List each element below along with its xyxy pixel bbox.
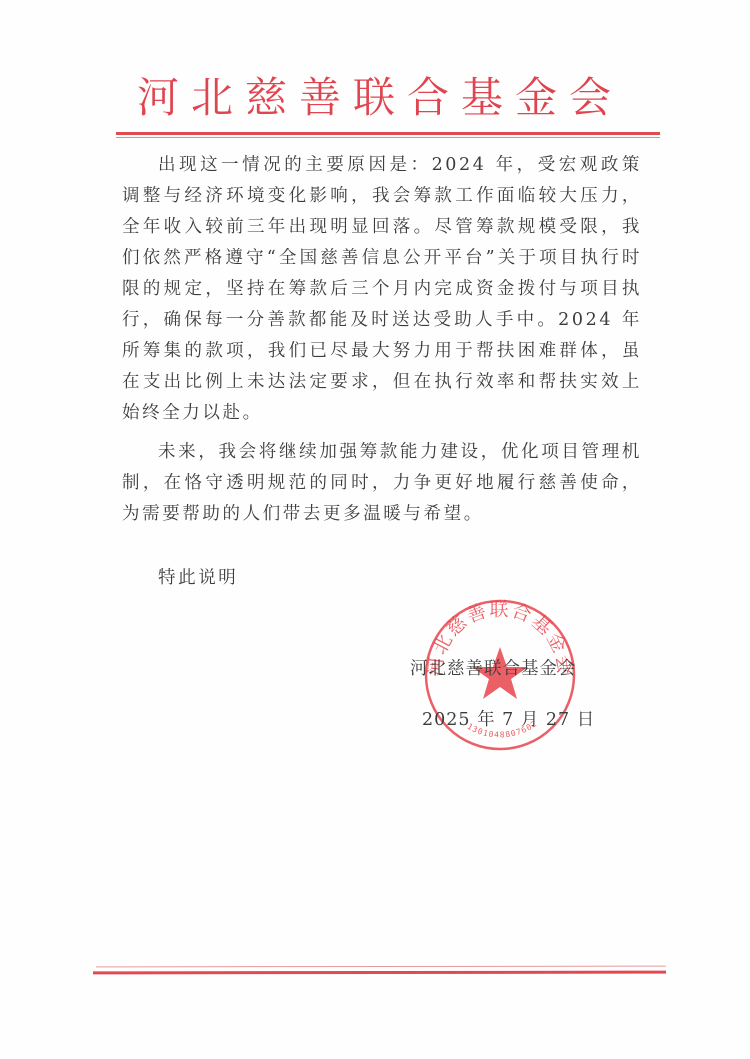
body-paragraph-2: 未来，我会将继续加强筹款能力建设，优化项目管理机制，在恪守透明规范的同时，力争更…	[122, 437, 642, 530]
letterhead-rule-thin	[116, 137, 660, 138]
closing-remark: 特此说明	[158, 563, 678, 594]
paragraph-text: 出现这一情况的主要原因是：2024 年，受宏观政策调整与经济环境变化影响，我会筹…	[122, 150, 642, 429]
body-paragraph-1: 出现这一情况的主要原因是：2024 年，受宏观政策调整与经济环境变化影响，我会筹…	[122, 150, 642, 429]
footer-rule-thin	[96, 966, 666, 968]
footer-rule-thick	[93, 971, 666, 975]
paragraph-text: 未来，我会将继续加强筹款能力建设，优化项目管理机制，在恪守透明规范的同时，力争更…	[122, 437, 642, 530]
signature-date: 2025 年 7 月 27 日	[422, 706, 595, 731]
letterhead-rule-thick	[116, 132, 660, 135]
letter-page: 河北慈善联合基金会 出现这一情况的主要原因是：2024 年，受宏观政策调整与经济…	[0, 0, 750, 1059]
signature-organization: 河北慈善联合基金会	[410, 655, 577, 680]
letterhead-title: 河北慈善联合基金会	[120, 72, 640, 124]
